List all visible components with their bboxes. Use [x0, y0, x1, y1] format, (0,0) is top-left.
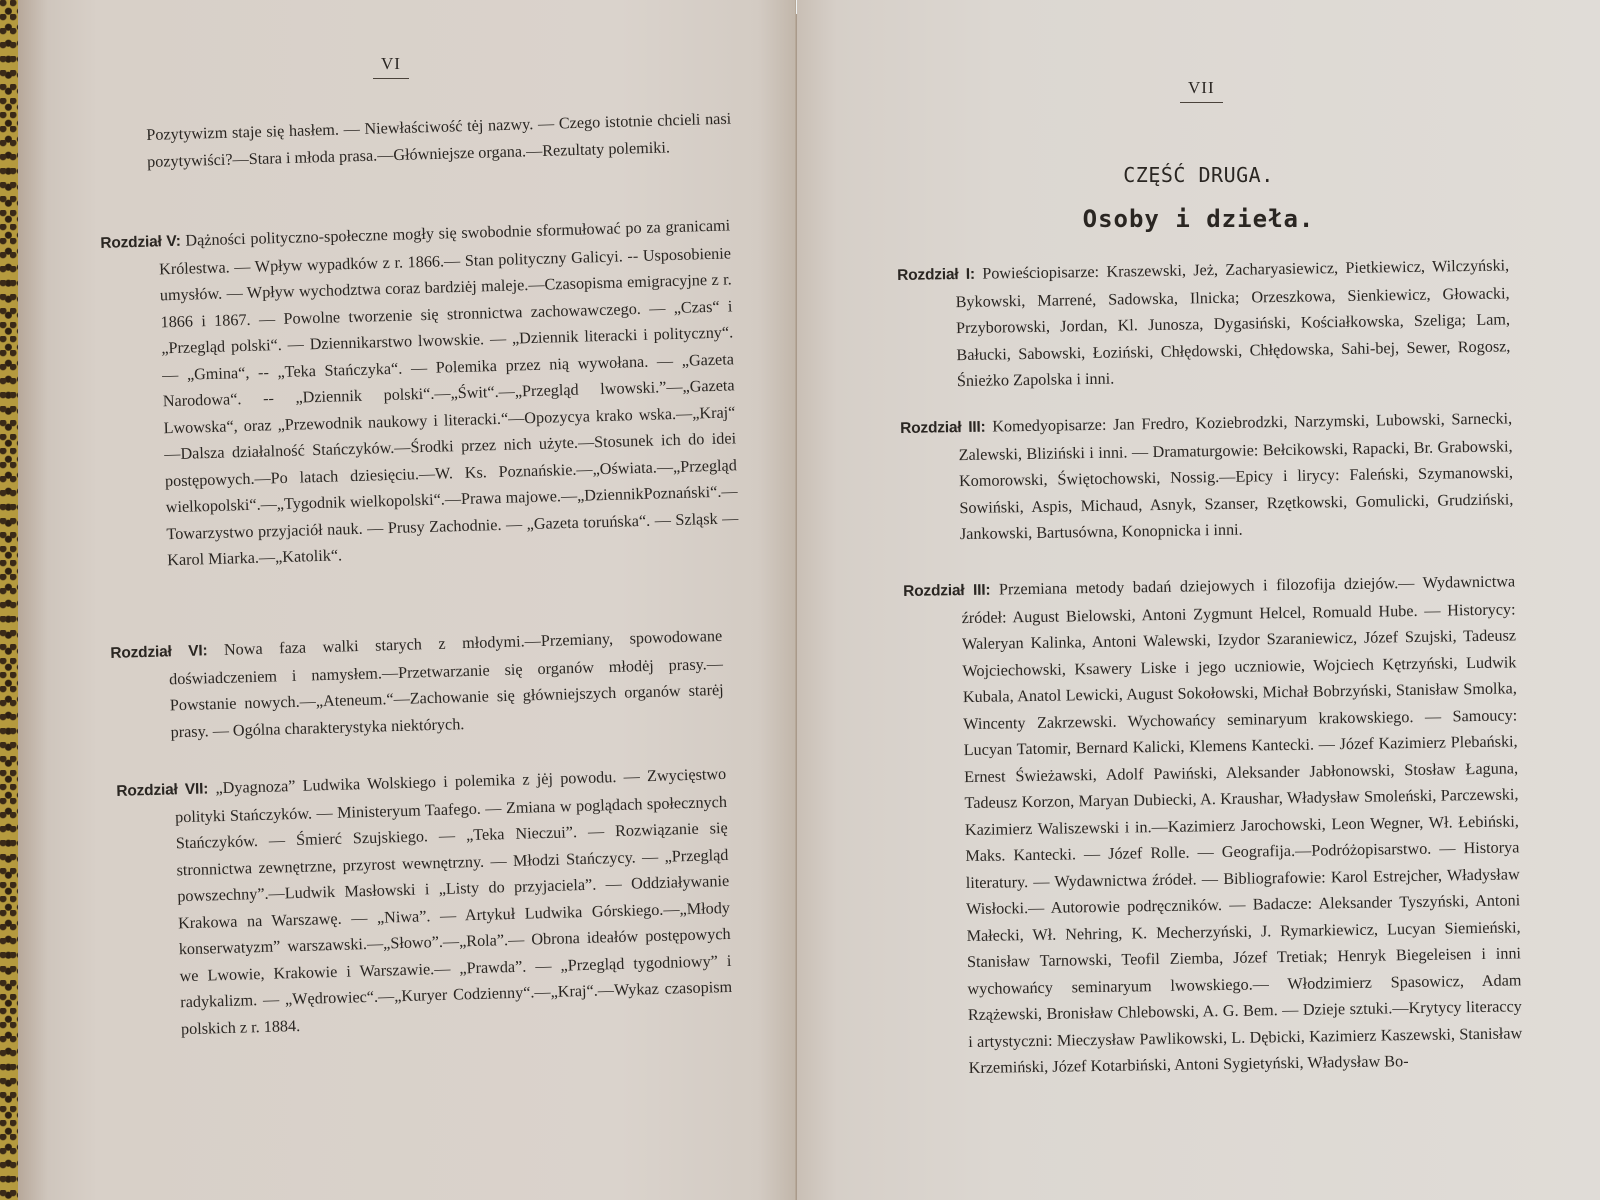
right-page: VII CZĘŚĆ DRUGA. Osoby i dzieła. Rozdzia… [797, 0, 1600, 1200]
chapter-entry: Rozdział III: Przemiana metody badań dzi… [903, 568, 1523, 1082]
chapter-label: Rozdział VI: [110, 642, 208, 662]
chapter-text: Komedyopisarze: Jan Fredro, Koziebrodzki… [958, 409, 1513, 543]
chapter-label: Rozdział V: [100, 233, 181, 252]
continuation-paragraph: Pozytywizm staje się hasłem. — Niewłaści… [146, 106, 732, 175]
chapter-label: Rozdział I: [897, 266, 975, 284]
chapter-entry: Rozdział VI: Nowa faza walki starych z m… [110, 623, 725, 747]
chapter-text: Przemiana metody badań dziejowych i filo… [961, 572, 1522, 1077]
chapter-entry: Rozdział V: Dążności polityczno-społeczn… [100, 212, 739, 575]
chapter-label: Rozdział VII: [116, 780, 208, 800]
continuation-text: Pozytywizm staje się hasłem. — Niewłaści… [146, 106, 732, 175]
chapter-entry: Rozdział VII: „Dyagnoza” Ludwika Wolskie… [116, 761, 733, 1044]
chapter-text: „Dyagnoza” Ludwika Wolskiego i polemika … [175, 765, 732, 1038]
chapter-label: Rozdział III: [903, 582, 990, 600]
chapter-entry: Rozdział III: Komedyopisarze: Jan Fredro… [900, 405, 1514, 548]
chapter-text: Nowa faza walki starych z młodymi.—Przem… [169, 627, 724, 741]
part-heading: CZĘŚĆ DRUGA. [797, 163, 1600, 187]
page-number-left: VI [373, 54, 409, 79]
chapter-text: Dążności polityczno-społeczne mogły się … [159, 216, 739, 569]
chapter-entry: Rozdział I: Powieściopisarze: Kraszewski… [897, 252, 1511, 395]
chapter-text: Powieściopisarze: Kraszewski, Jeż, Zacha… [955, 256, 1510, 390]
left-page: VI Pozytywizm staje się hasłem. — Niewła… [18, 0, 796, 1200]
page-number-right: VII [1180, 78, 1223, 103]
part-subtitle: Osoby i dzieła. [797, 205, 1600, 233]
chapter-label: Rozdział III: [900, 419, 986, 437]
